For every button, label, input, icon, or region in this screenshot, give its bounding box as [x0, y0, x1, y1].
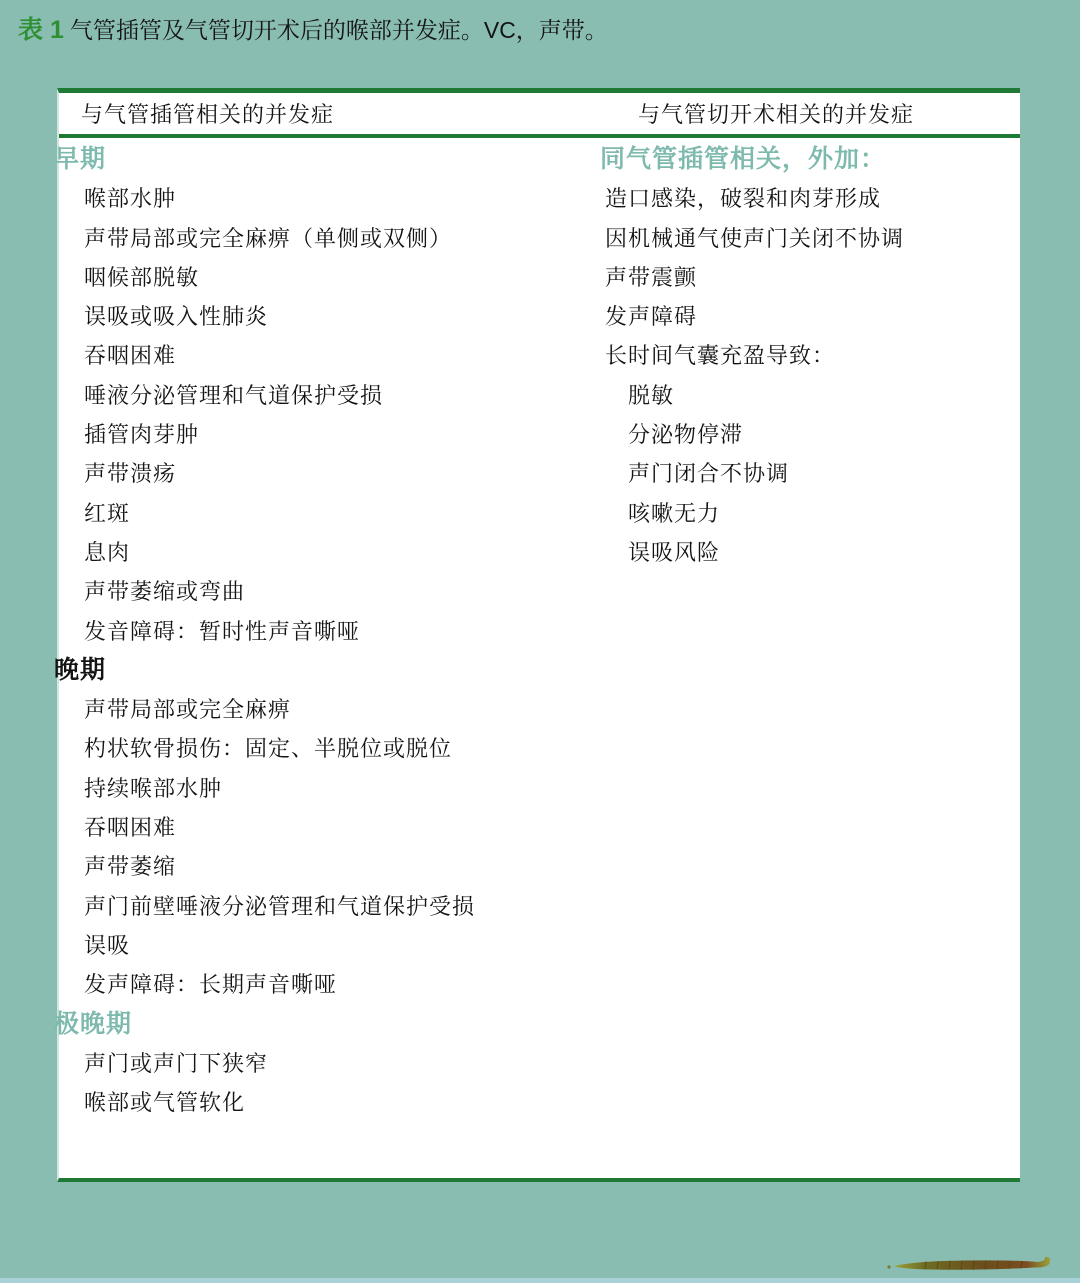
list-item: 声带溃疡: [59, 454, 605, 493]
list-item: 咳嗽无力: [605, 494, 1020, 533]
list-item: 唾液分泌管理和气道保护受损: [59, 376, 605, 415]
section-header: 极晚期: [54, 1005, 605, 1044]
caterpillar-smudge-graphic: [886, 1254, 1062, 1274]
list-item: 脱敏: [605, 376, 1020, 415]
list-item: 声门前壁唾液分泌管理和气道保护受损: [59, 887, 605, 926]
list-item: 吞咽困难: [59, 336, 605, 375]
column-header-intubation: 与气管插管相关的并发症: [59, 98, 605, 129]
tracheostomy-column: 同气管插管相关，外加：造口感染，破裂和肉芽形成因机械通气使声门关闭不协调声带震颤…: [605, 140, 1020, 1122]
section-header: 晚期: [54, 651, 605, 690]
intubation-column: 早期喉部水肿声带局部或完全麻痹（单侧或双侧）咽候部脱敏误吸或吸入性肺炎吞咽困难唾…: [59, 140, 605, 1122]
table-header-row: 与气管插管相关的并发症 与气管切开术相关的并发症: [59, 93, 1020, 138]
list-item: 杓状软骨损伤：固定、半脱位或脱位: [59, 729, 605, 768]
list-item: 声门闭合不协调: [605, 454, 1020, 493]
list-item: 误吸风险: [605, 533, 1020, 572]
list-item: 误吸: [59, 926, 605, 965]
section-header: 同气管插管相关，外加：: [600, 140, 1020, 179]
list-item: 吞咽困难: [59, 808, 605, 847]
list-item: 因机械通气使声门关闭不协调: [605, 219, 1020, 258]
column-header-tracheostomy: 与气管切开术相关的并发症: [605, 98, 1020, 129]
table-caption: 表 1气管插管及气管切开术后的喉部并发症。VC，声带。: [18, 13, 608, 47]
list-item: 分泌物停滞: [605, 415, 1020, 454]
table-caption-label: 表 1: [18, 16, 64, 44]
list-item: 误吸或吸入性肺炎: [59, 297, 605, 336]
list-item: 发声障碍：长期声音嘶哑: [59, 965, 605, 1004]
list-item: 长时间气囊充盈导致：: [605, 336, 1020, 375]
list-item: 造口感染，破裂和肉芽形成: [605, 179, 1020, 218]
list-item: 发声障碍: [605, 297, 1020, 336]
list-item: 持续喉部水肿: [59, 769, 605, 808]
list-item: 声门或声门下狭窄: [59, 1044, 605, 1083]
table-body: 早期喉部水肿声带局部或完全麻痹（单侧或双侧）咽候部脱敏误吸或吸入性肺炎吞咽困难唾…: [59, 138, 1020, 1122]
list-item: 喉部水肿: [59, 179, 605, 218]
list-item: 声带震颤: [605, 258, 1020, 297]
list-item: 声带局部或完全麻痹（单侧或双侧）: [59, 219, 605, 258]
caterpillar-smudge-artifact: [886, 1254, 1062, 1274]
table-caption-text: 气管插管及气管切开术后的喉部并发症。VC，声带。: [70, 17, 608, 43]
page: { "caption": { "label": "表 1", "text": "…: [0, 0, 1080, 1283]
list-item: 咽候部脱敏: [59, 258, 605, 297]
list-item: 声带萎缩: [59, 847, 605, 886]
complications-table: 与气管插管相关的并发症 与气管切开术相关的并发症 早期喉部水肿声带局部或完全麻痹…: [57, 88, 1020, 1182]
section-header: 早期: [54, 140, 605, 179]
list-item: 红斑: [59, 494, 605, 533]
list-item: 息肉: [59, 533, 605, 572]
list-item: 插管肉芽肿: [59, 415, 605, 454]
list-item: 喉部或气管软化: [59, 1083, 605, 1122]
list-item: 声带萎缩或弯曲: [59, 572, 605, 611]
list-item: 发音障碍：暂时性声音嘶哑: [59, 612, 605, 651]
list-item: 声带局部或完全麻痹: [59, 690, 605, 729]
bottom-edge-strip: [0, 1278, 1080, 1283]
